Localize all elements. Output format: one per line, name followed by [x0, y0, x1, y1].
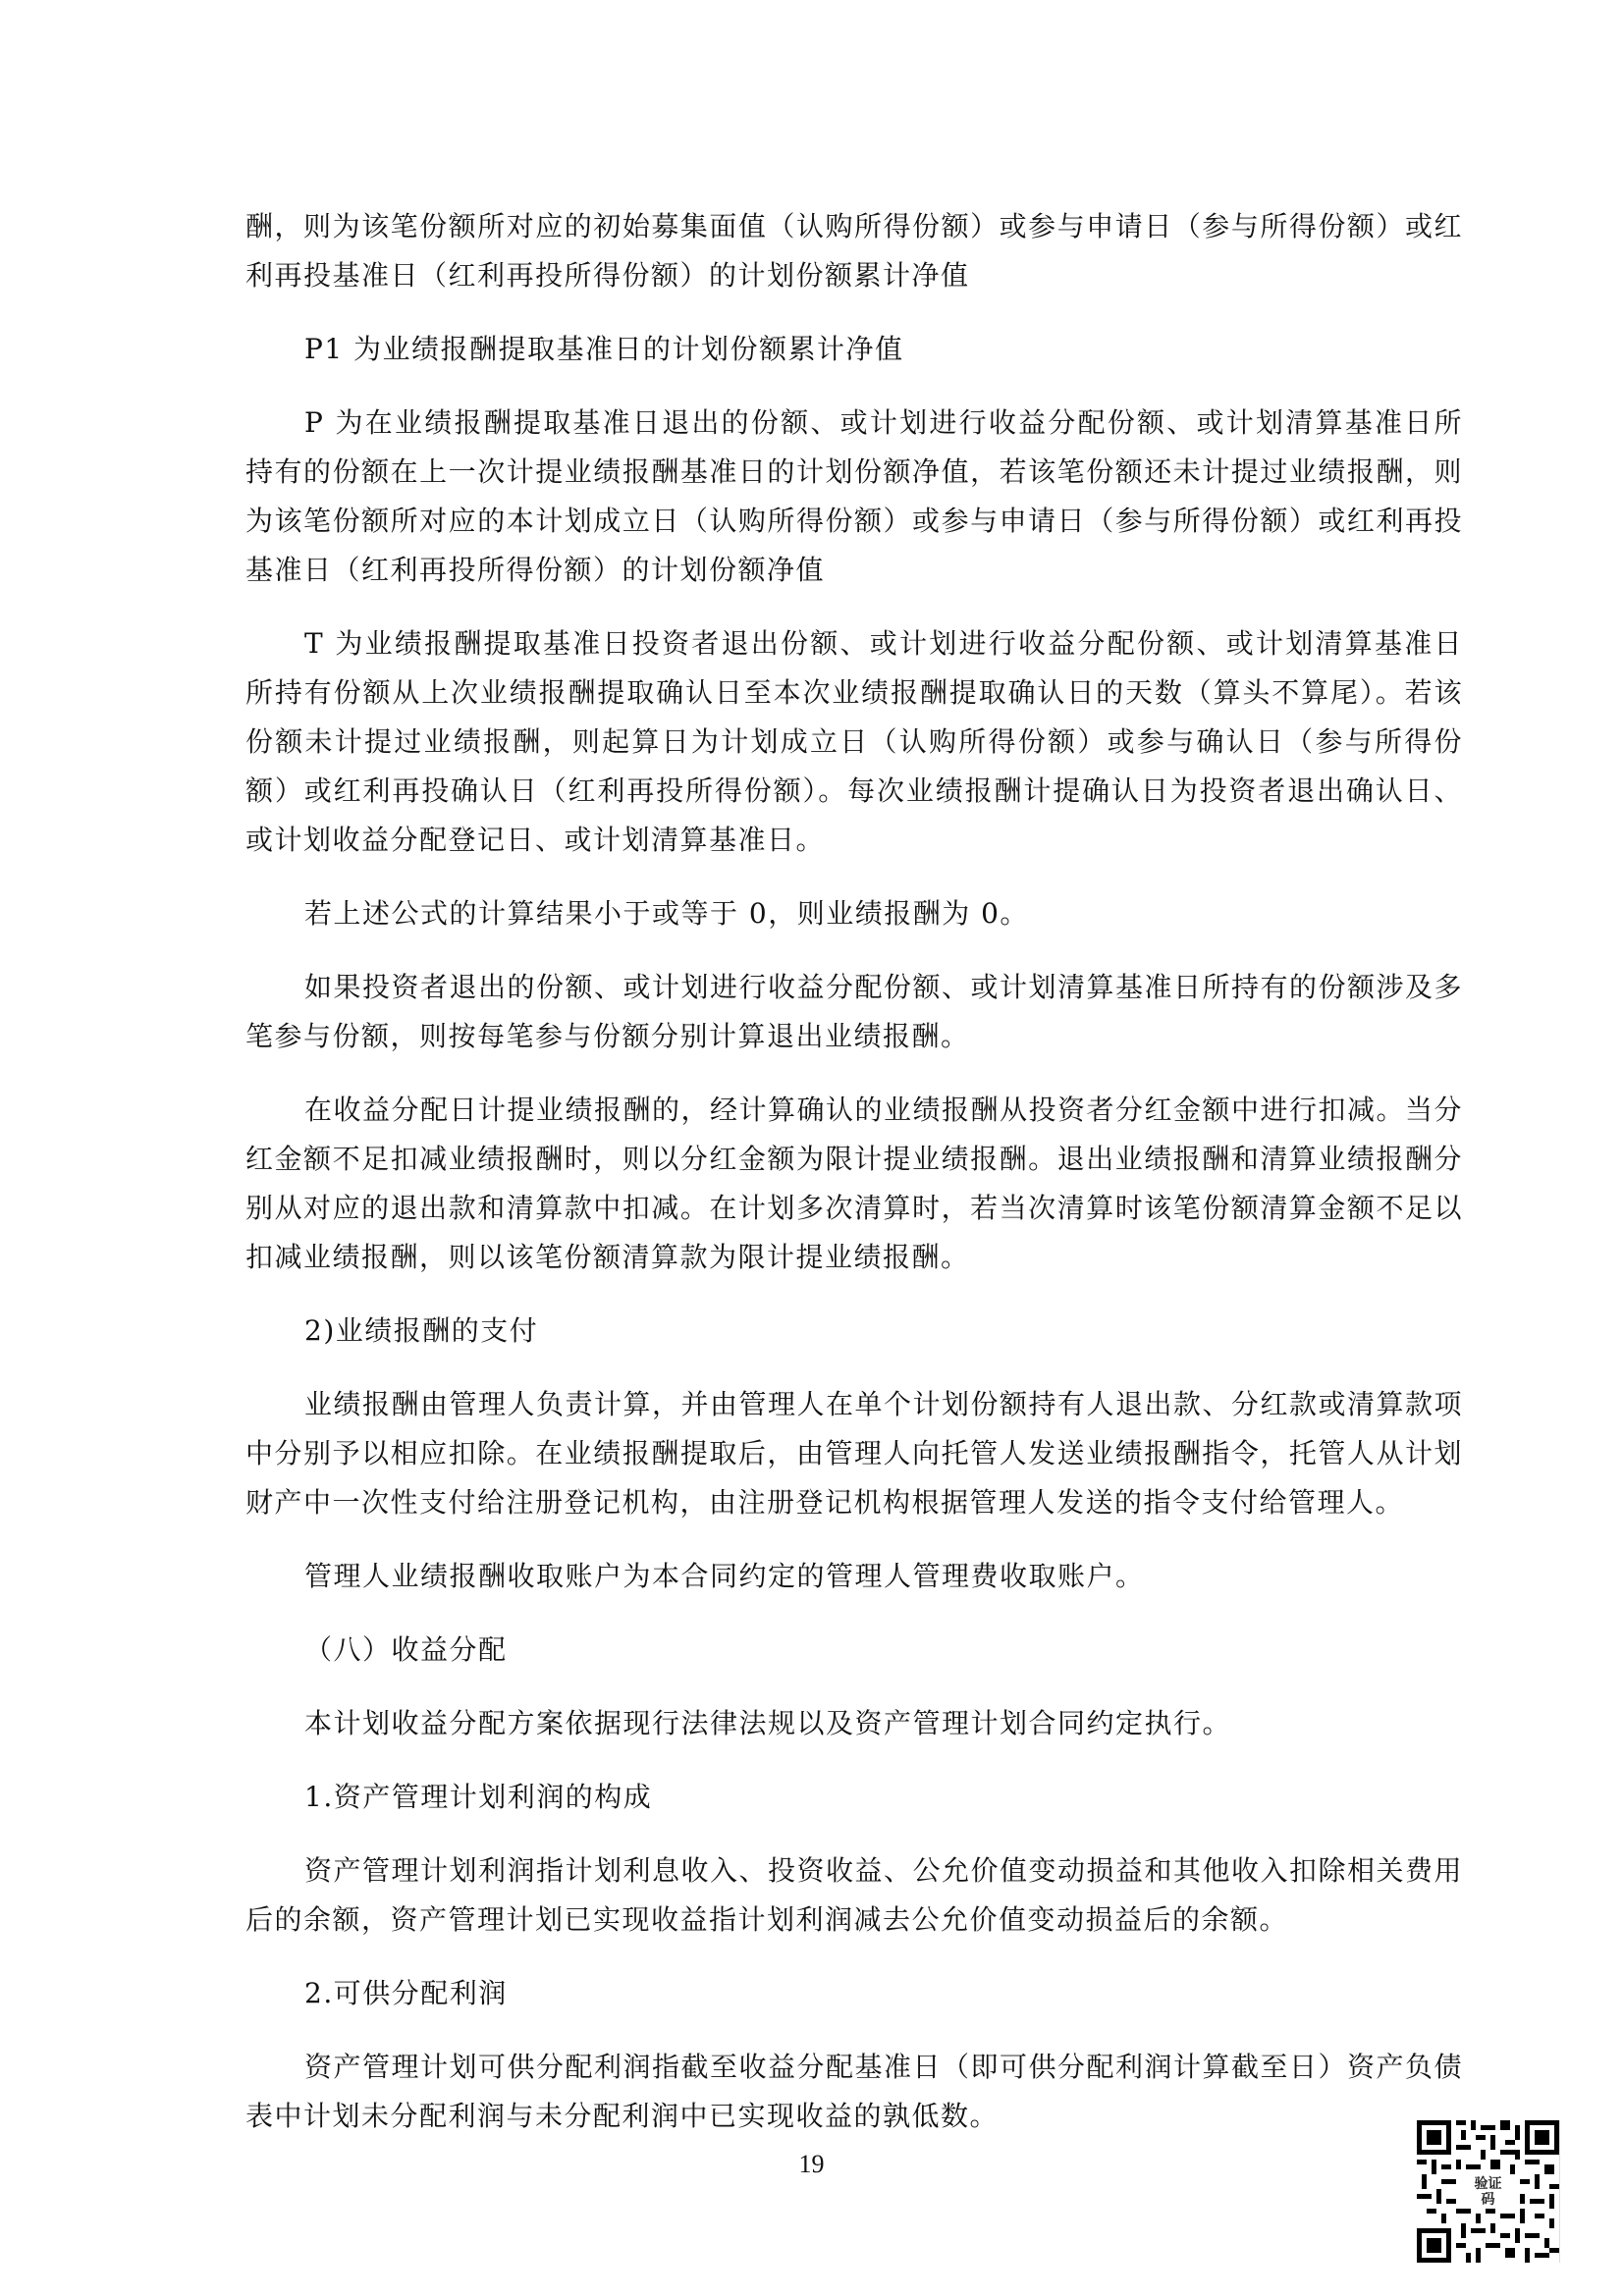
- paragraph-p-definition: P 为在业绩报酬提取基准日退出的份额、或计划进行收益分配份额、或计划清算基准日所…: [245, 399, 1463, 595]
- paragraph-distribution-basis: 本计划收益分配方案依据现行法律法规以及资产管理计划合同约定执行。: [245, 1699, 1463, 1748]
- heading-profit-composition: 1.资产管理计划利润的构成: [245, 1773, 1463, 1822]
- paragraph-fee-payment: 业绩报酬由管理人负责计算，并由管理人在单个计划份额持有人退出款、分红款或清算款项…: [245, 1380, 1463, 1527]
- paragraph-distributable-profit: 资产管理计划可供分配利润指截至收益分配基准日（即可供分配利润计算截至日）资产负债…: [245, 2043, 1463, 2141]
- heading-distributable-profit: 2.可供分配利润: [245, 1969, 1463, 2018]
- heading-fee-payment: 2)业绩报酬的支付: [245, 1307, 1463, 1356]
- page-number: 19: [0, 2150, 1623, 2179]
- heading-income-distribution: （八）收益分配: [245, 1626, 1463, 1675]
- paragraph-p1-definition: P1 为业绩报酬提取基准日的计划份额累计净值: [245, 325, 1463, 374]
- qr-verification-label: 验证码: [1470, 2175, 1507, 2209]
- paragraph-t-definition: T 为业绩报酬提取基准日投资者退出份额、或计划进行收益分配份额、或计划清算基准日…: [245, 619, 1463, 865]
- paragraph-zero-rule: 若上述公式的计算结果小于或等于 0，则业绩报酬为 0。: [245, 889, 1463, 938]
- paragraph-fee-account: 管理人业绩报酬收取账户为本合同约定的管理人管理费收取账户。: [245, 1552, 1463, 1601]
- paragraph-multiple-shares: 如果投资者退出的份额、或计划进行收益分配份额、或计划清算基准日所持有的份额涉及多…: [245, 963, 1463, 1061]
- paragraph-deduction: 在收益分配日计提业绩报酬的，经计算确认的业绩报酬从投资者分红金额中进行扣减。当分…: [245, 1086, 1463, 1282]
- document-body: 酬，则为该笔份额所对应的初始募集面值（认购所得份额）或参与申请日（参与所得份额）…: [245, 202, 1463, 2165]
- qr-code-icon: 验证码: [1417, 2120, 1560, 2263]
- paragraph-continuation: 酬，则为该笔份额所对应的初始募集面值（认购所得份额）或参与申请日（参与所得份额）…: [245, 202, 1463, 300]
- paragraph-profit-composition: 资产管理计划利润指计划利息收入、投资收益、公允价值变动损益和其他收入扣除相关费用…: [245, 1846, 1463, 1945]
